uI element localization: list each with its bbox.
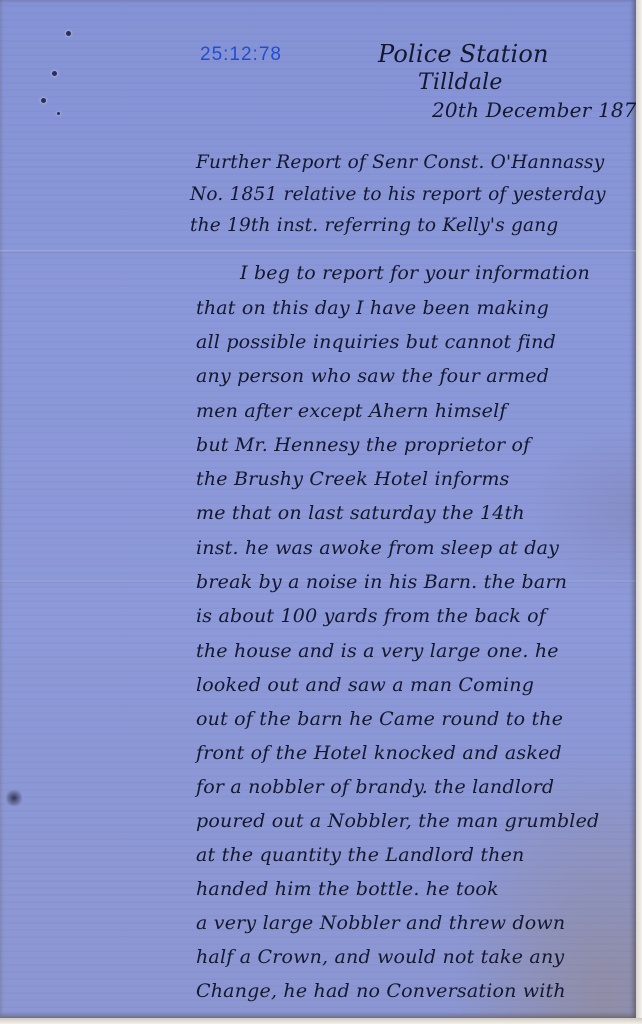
pin-hole (52, 71, 57, 76)
subject-line: No. 1851 relative to his report of yeste… (190, 184, 606, 205)
body-line: any person who saw the four armed (196, 365, 549, 387)
body-line: looked out and saw a man Coming (196, 674, 534, 696)
paper-fold-crease (0, 250, 636, 253)
station-place: Tilldale (418, 70, 503, 95)
body-line: front of the Hotel knocked and asked (196, 742, 562, 764)
subject-line: the 19th inst. referring to Kelly's gang (190, 215, 558, 236)
station-name: Police Station (378, 40, 549, 68)
pin-hole (41, 98, 46, 103)
letter-page: 25:12:78 Police Station Tilldale 20th De… (0, 0, 636, 1018)
body-line: me that on last saturday the 14th (196, 502, 525, 524)
body-line: inst. he was awoke from sleep at day (196, 537, 559, 559)
body-line: handed him the bottle. he took (196, 878, 499, 900)
body-line: is about 100 yards from the back of (196, 605, 546, 627)
body-line: all possible inquiries but cannot find (196, 331, 556, 353)
body-line: at the quantity the Landlord then (196, 844, 525, 866)
body-line: the house and is a very large one. he (196, 640, 559, 662)
ink-blot (6, 790, 22, 806)
body-line: out of the barn he Came round to the (196, 708, 563, 730)
body-line: I beg to report for your information (240, 262, 590, 284)
body-line: that on this day I have been making (196, 297, 549, 319)
body-line: Change, he had no Conversation with (196, 980, 566, 1002)
body-line: but Mr. Hennesy the proprietor of (196, 434, 530, 456)
body-line: men after except Ahern himself (196, 400, 507, 422)
body-line: break by a noise in his Barn. the barn (196, 571, 567, 593)
body-line: for a nobbler of brandy. the landlord (196, 776, 554, 798)
subject-line: Further Report of Senr Const. O'Hannassy (196, 152, 604, 173)
body-line: half a Crown, and would not take any (196, 946, 564, 968)
archive-reference-number: 25:12:78 (200, 44, 282, 66)
pin-hole (57, 112, 60, 115)
body-line: poured out a Nobbler, the man grumbled (196, 810, 599, 832)
report-date: 20th December 1878 (432, 98, 642, 122)
paper-edge-bottom (0, 1018, 642, 1024)
paper-edge-right (636, 0, 642, 1024)
body-line: a very large Nobbler and threw down (196, 912, 565, 934)
body-line: the Brushy Creek Hotel informs (196, 468, 510, 490)
pin-hole (66, 31, 71, 36)
